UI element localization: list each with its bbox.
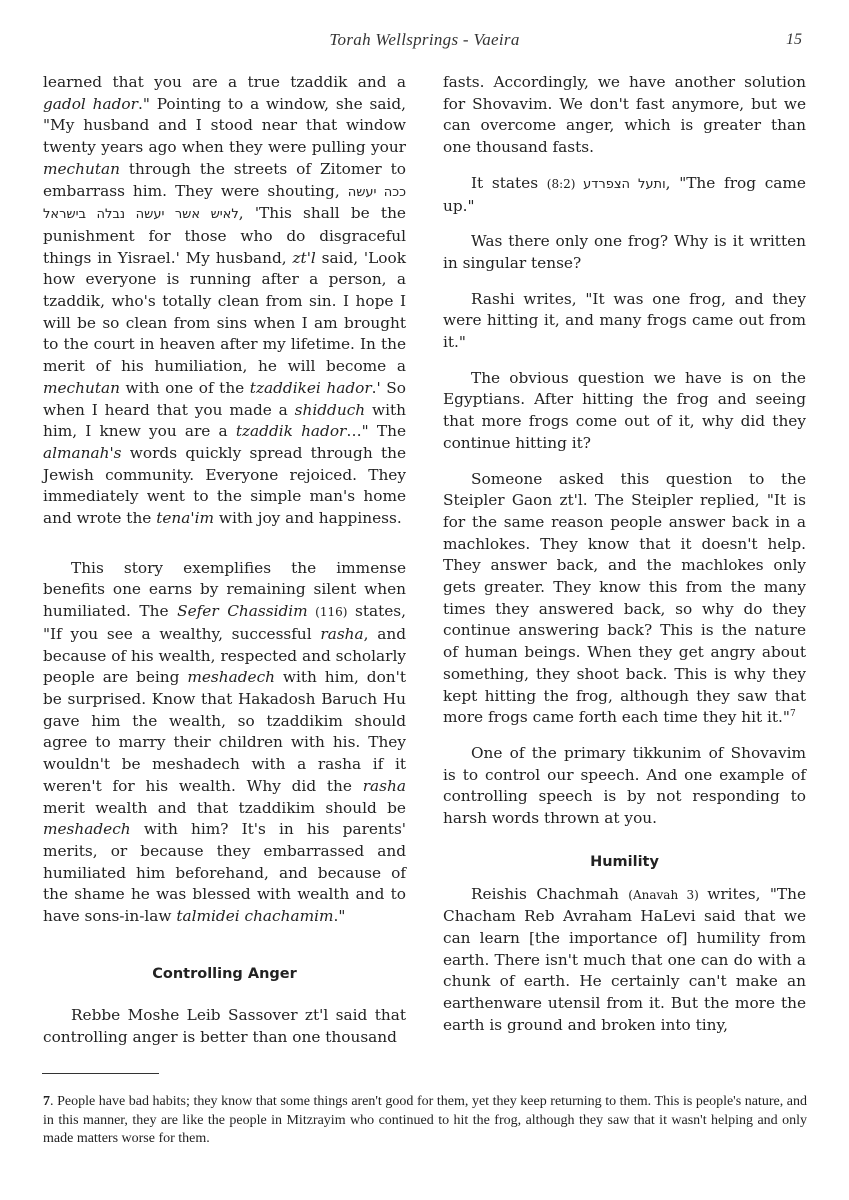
italic-term: tzaddikei hador <box>250 379 372 397</box>
italic-term: talmidei chachamim <box>176 907 333 925</box>
page-number: 15 <box>786 31 802 49</box>
italic-term: gadol hador <box>43 95 138 113</box>
italic-term: zt'l <box>292 249 315 267</box>
text: …" The <box>346 422 406 440</box>
footnote: 7. People have bad habits; they know tha… <box>43 1093 807 1149</box>
text: writes, "The Chacham Reb Avraham HaLevi … <box>443 885 806 1034</box>
italic-term: shidduch <box>295 401 365 419</box>
paragraph: learned that you are a true tzaddik and … <box>43 72 406 530</box>
paragraph: The obvious question we have is on the E… <box>443 368 806 455</box>
text: merit wealth and that tzaddikim should b… <box>43 799 406 817</box>
italic-term: rasha <box>320 625 363 643</box>
italic-term: tena'im <box>156 509 214 527</box>
footnote-number: 7 <box>43 1094 50 1109</box>
left-column: learned that you are a true tzaddik and … <box>43 72 406 1049</box>
paragraph: Reishis Chachmah (Anavah 3) writes, "The… <box>443 884 806 1037</box>
footnote-ref[interactable]: 7 <box>790 709 796 719</box>
paragraph: One of the primary tikkunim of Shovavim … <box>443 743 806 830</box>
paragraph: Was there only one frog? Why is it writt… <box>443 231 806 274</box>
footnote-divider <box>42 1073 159 1074</box>
italic-term: almanah's <box>43 444 122 462</box>
running-title: Torah Wellsprings - Vaeira <box>0 30 849 50</box>
italic-term: Sefer Chassidim <box>177 602 308 620</box>
paragraph: fasts. Accordingly, we have another solu… <box>443 72 806 159</box>
text: Reishis Chachmah <box>471 885 628 903</box>
paragraph: Someone asked this question to the Steip… <box>443 469 806 729</box>
footnote-text: . People have bad habits; they know that… <box>43 1094 807 1146</box>
text: It states <box>471 174 547 192</box>
italic-term: rasha <box>363 777 406 795</box>
italic-term: mechutan <box>43 379 120 397</box>
italic-term: meshadech <box>187 668 275 686</box>
source-citation: (116) <box>308 605 355 619</box>
text: Someone asked this question to the Steip… <box>443 470 806 727</box>
text: with him, don't be surprised. Know that … <box>43 668 406 795</box>
text: with one of the <box>120 379 250 397</box>
text: with joy and happiness. <box>214 509 402 527</box>
section-heading: Controlling Anger <box>43 964 406 986</box>
italic-term: tzaddik hador <box>236 422 347 440</box>
source-citation: (8:2) <box>547 177 583 191</box>
text: said, 'Look how everyone is running afte… <box>43 249 406 376</box>
paragraph: It states (8:2) ותעל הצפרדע, "The frog c… <box>443 173 806 217</box>
section-heading: Humility <box>443 852 806 874</box>
running-header: Torah Wellsprings - Vaeira 15 <box>0 30 849 56</box>
paragraph: Rashi writes, "It was one frog, and they… <box>443 289 806 354</box>
hebrew-quote: ותעל הצפרדע <box>583 177 666 192</box>
text: learned that you are a true tzaddik and … <box>43 73 406 91</box>
paragraph: This story exemplifies the immense benef… <box>43 558 406 928</box>
italic-term: meshadech <box>43 820 131 838</box>
source-citation: (Anavah 3) <box>628 888 707 902</box>
text: ." <box>333 907 345 925</box>
italic-term: mechutan <box>43 160 120 178</box>
right-column: fasts. Accordingly, we have another solu… <box>443 72 806 1036</box>
paragraph: Rebbe Moshe Leib Sassover zt'l said that… <box>43 1005 406 1048</box>
